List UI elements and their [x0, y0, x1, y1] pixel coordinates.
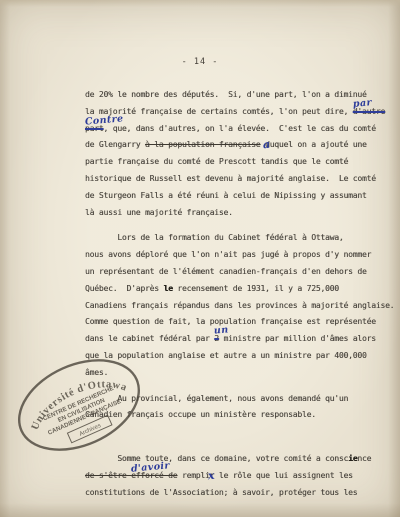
page-number: - 14 - — [0, 57, 400, 67]
text-line: de Glengarry à la population française d… — [85, 137, 397, 154]
text-line: nous avons déploré que l'on n'ait pas ju… — [85, 247, 397, 264]
text-line: partContre, que, dans d'autres, on l'a é… — [85, 121, 397, 138]
typed-text: Canadiens français répandus dans les pro… — [85, 301, 394, 310]
ink-struck-text: partContre — [85, 124, 103, 133]
typed-text: ministre par million d'âmes alors — [219, 334, 376, 343]
typed-text: de Glengarry — [85, 140, 145, 149]
ink-struck-text: d'autrepar — [353, 107, 385, 116]
typed-text: Somme toute, dans ce domaine, votre comi… — [85, 454, 348, 463]
handwritten-annotation: d'avoir — [131, 458, 171, 478]
typed-text: nous avons déploré que l'on n'ait pas ju… — [85, 250, 371, 259]
text-line: constitutions de l'Association; à savoir… — [85, 485, 397, 502]
overtyped-text: le — [163, 284, 172, 293]
typed-text: Québec. D'après — [85, 284, 163, 293]
typed-text: da — [265, 140, 270, 149]
typed-struck-text: de s'être — [85, 471, 131, 480]
text-line: là aussi une majorité française. — [85, 205, 397, 222]
text-block: de 20% le nombre des députés. Si, d'une … — [85, 87, 397, 511]
typed-text: recensement de 1931, il y a 725,000 — [173, 284, 339, 293]
paragraph: de 20% le nombre des députés. Si, d'une … — [85, 87, 397, 221]
typed-text: le rôle que lui assignent les — [214, 471, 353, 480]
typed-text: Comme question de fait, la population fr… — [85, 317, 376, 326]
typed-text: historique de Russell est devenu à major… — [85, 174, 376, 183]
typed-text: , que, dans d'autres, on l'a élevée. C'e… — [103, 124, 375, 133]
typed-text: partie française du comté de Prescott ta… — [85, 157, 348, 166]
typed-text: Lors de la formation du Cabinet fédéral … — [85, 233, 344, 242]
typed-text: dans le cabinet fédéral par — [85, 334, 214, 343]
typed-text: la majorité française de certains comtés… — [85, 107, 353, 116]
typed-text: de Sturgeon Falls a été réuni à celui de… — [85, 191, 367, 200]
typed-text: rempli — [177, 471, 209, 480]
text-line: de Sturgeon Falls a été réuni à celui de… — [85, 188, 397, 205]
scanned-page: - 14 - de 20% le nombre des députés. Si,… — [0, 0, 400, 517]
handwritten-annotation: par — [352, 95, 372, 113]
typed-struck-text: efforcé ded'avoir — [131, 471, 177, 480]
text-line: la majorité française de certains comtés… — [85, 104, 397, 121]
text-line: historique de Russell est devenu à major… — [85, 171, 397, 188]
typed-text: uquel on a ajouté une — [270, 140, 367, 149]
typed-text: nce — [357, 454, 371, 463]
text-line: Québec. D'après le recensement de 1931, … — [85, 281, 397, 298]
paragraph: Somme toute, dans ce domaine, votre comi… — [85, 451, 397, 501]
typed-text: de 20% le nombre des députés. Si, d'une … — [85, 90, 367, 99]
text-line: partie française du comté de Prescott ta… — [85, 154, 397, 171]
text-line: Canadiens français répandus dans les pro… — [85, 298, 397, 315]
typed-text: constitutions de l'Association; à savoir… — [85, 488, 357, 497]
text-line: un représentant de l'élément canadien-fr… — [85, 264, 397, 281]
text-line: Comme question de fait, la population fr… — [85, 314, 397, 331]
text-line: Lors de la formation du Cabinet fédéral … — [85, 230, 397, 247]
overtyped-text: ie — [348, 454, 357, 463]
typed-struck-text: à la population française — [145, 140, 260, 149]
typed-text: un représentant de l'élément canadien-fr… — [85, 267, 367, 276]
text-line: dans le cabinet fédéral par 2un ministre… — [85, 331, 397, 348]
text-line: de s'être efforcé ded'avoir remplirx le … — [85, 468, 397, 485]
typed-text: là aussi une majorité française. — [85, 208, 233, 217]
text-line: de 20% le nombre des députés. Si, d'une … — [85, 87, 397, 104]
